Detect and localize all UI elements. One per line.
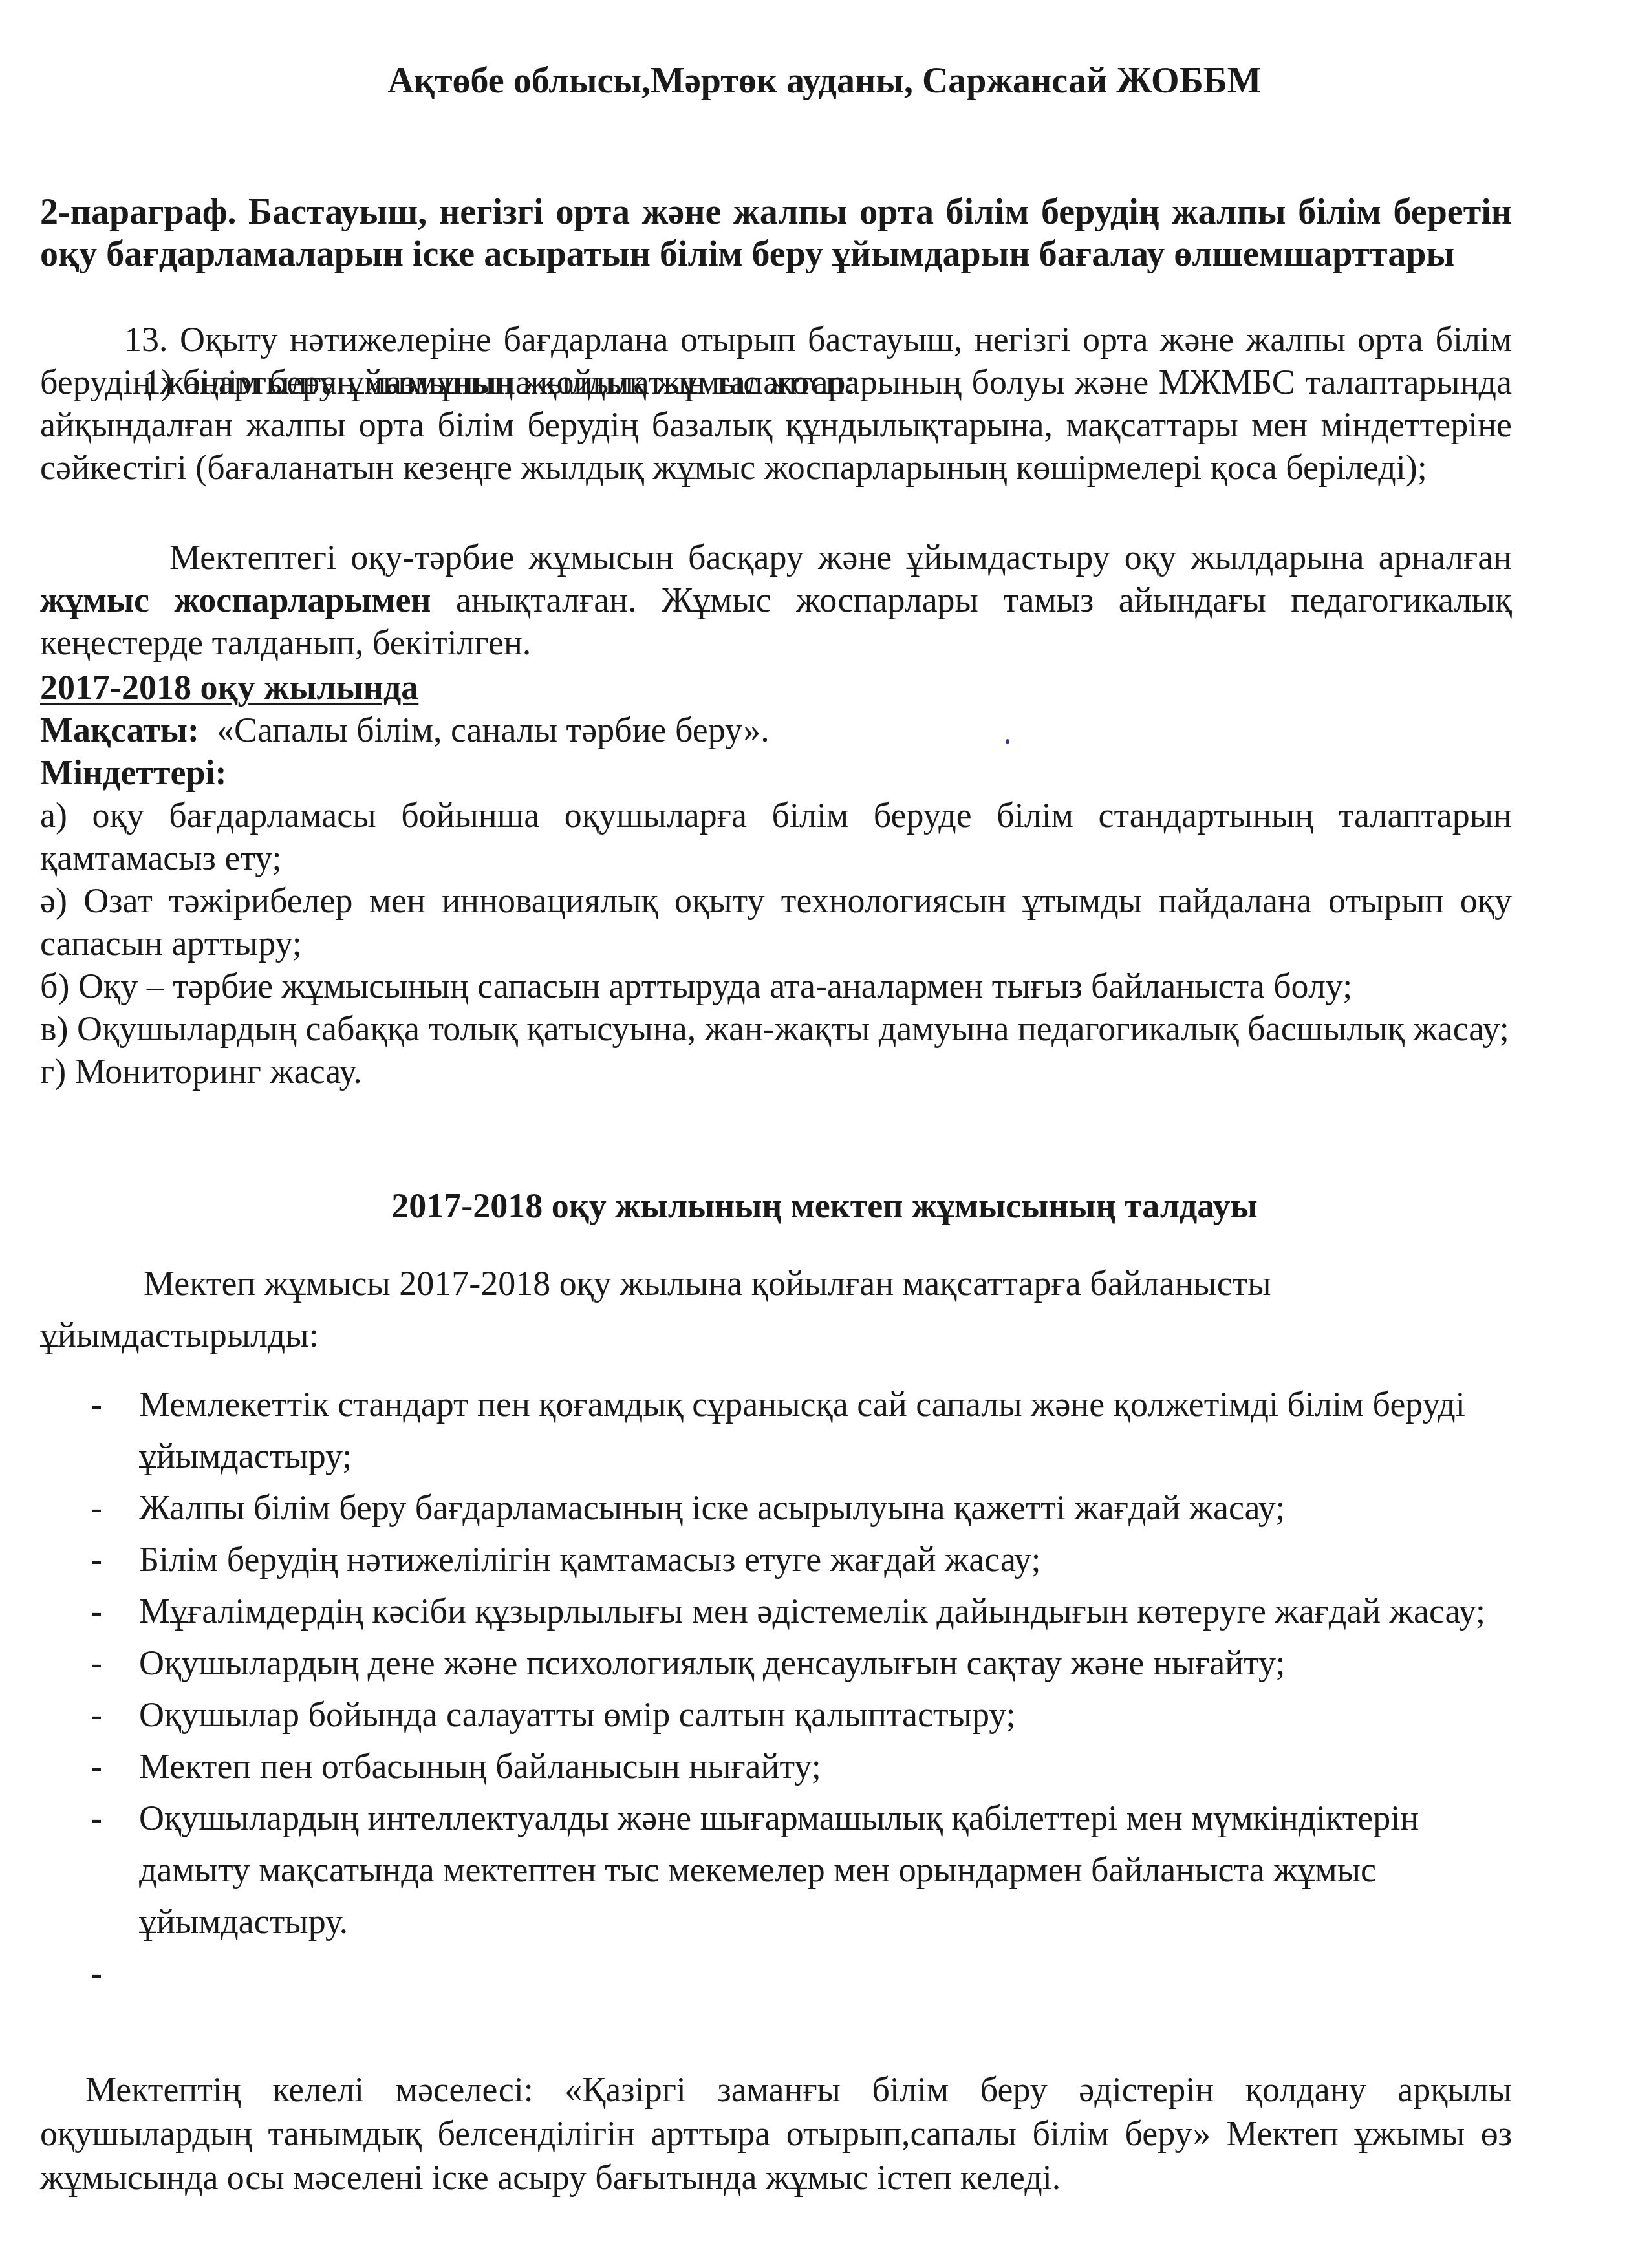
list-item-text: Мемлекеттік стандарт пен қоғамдық сұраны… <box>139 1385 1465 1475</box>
dash-bullet-icon: - <box>91 1637 102 1689</box>
key-problem-paragraph: Мектептің келелі мәселесі: «Қазіргі зама… <box>40 2068 1512 2199</box>
analysis-bullet-list: -Мемлекеттік стандарт пен қоғамдық сұран… <box>40 1378 1512 1999</box>
dash-bullet-icon: - <box>91 1378 102 1430</box>
task-item: ә) Озат тәжірибелер мен инновациялық оқы… <box>40 879 1512 965</box>
dash-bullet-icon: - <box>91 1947 102 1999</box>
tasks-list: а) оқу бағдарламасы бойынша оқушыларға б… <box>40 794 1512 1093</box>
goal-label: Мақсаты: <box>40 711 199 749</box>
list-item-text: Оқушылардың интеллектуалды және шығармаш… <box>139 1799 1419 1941</box>
list-item-text: Оқушылар бойында салауатты өмір салтын қ… <box>139 1695 1016 1734</box>
goal-line: Мақсаты: «Сапалы білім, саналы тәрбие бе… <box>40 709 1512 751</box>
list-item-text: Жалпы білім беру бағдарламасының іске ас… <box>139 1488 1285 1527</box>
goal-text: «Сапалы білім, саналы тәрбие беру». <box>199 711 770 749</box>
plans-before: Мектептегі оқу-тәрбие жұмысын басқару жә… <box>169 538 1512 577</box>
key-problem-text: Мектептің келелі мәселесі: «Қазіргі зама… <box>40 2068 1512 2199</box>
list-item-text: Мектеп пен отбасының байланысын нығайту; <box>139 1747 821 1786</box>
document-title: Ақтөбе облысы,Мәртөк ауданы, Саржансай Ж… <box>0 59 1649 102</box>
dash-bullet-icon: - <box>91 1534 102 1585</box>
dash-bullet-icon: - <box>91 1689 102 1740</box>
list-item-text: Оқушылардың дене және психологиялық денс… <box>139 1643 1285 1682</box>
plans-paragraph-text: Мектептегі оқу-тәрбие жұмысын басқару жә… <box>40 536 1512 664</box>
list-item: -Оқушылар бойында салауатты өмір салтын … <box>40 1689 1512 1740</box>
analysis-heading: 2017-2018 оқу жылының мектеп жұмысының т… <box>0 1184 1649 1227</box>
year-section: 2017-2018 оқу жылында Мақсаты: «Сапалы б… <box>40 666 1512 1093</box>
task-item: в) Оқушылардың сабаққа толық қатысуына, … <box>40 1007 1512 1050</box>
task-item: б) Оқу – тәрбие жұмысының сапасын арттыр… <box>40 965 1512 1007</box>
year-heading: 2017-2018 оқу жылында <box>40 668 418 707</box>
analysis-intro-text: Мектеп жұмысы 2017-2018 оқу жылына қойыл… <box>40 1257 1512 1361</box>
list-item-text: Мұғалімдердің кәсіби құзырлылығы мен әді… <box>139 1592 1485 1631</box>
item-1: 1) білім беру ұйымының жылдық жұмыс жосп… <box>40 361 1512 489</box>
list-item: -Мұғалімдердің кәсіби құзырлылығы мен әд… <box>40 1585 1512 1637</box>
plans-paragraph: Мектептегі оқу-тәрбие жұмысын басқару жә… <box>40 536 1512 664</box>
list-item: -Мектеп пен отбасының байланысын нығайту… <box>40 1740 1512 1792</box>
list-item: -Мемлекеттік стандарт пен қоғамдық сұран… <box>40 1378 1512 1482</box>
paragraph-heading: 2-параграф. Бастауыш, негізгі орта және … <box>40 191 1512 275</box>
task-item: г) Мониторинг жасау. <box>40 1050 1512 1093</box>
dash-bullet-icon: - <box>91 1482 102 1534</box>
tasks-label: Міндеттері: <box>40 751 1512 794</box>
scan-speck <box>1006 739 1009 744</box>
plans-bold: жұмыс жоспарларымен <box>40 581 431 619</box>
dash-bullet-icon: - <box>91 1740 102 1792</box>
list-item: -Оқушылардың интеллектуалды және шығарма… <box>40 1792 1512 1947</box>
task-item: а) оқу бағдарламасы бойынша оқушыларға б… <box>40 794 1512 879</box>
item-1-text: 1) білім беру ұйымының жылдық жұмыс жосп… <box>40 361 1512 489</box>
list-item-text: Білім берудің нәтижелілігін қамтамасыз е… <box>139 1540 1040 1579</box>
list-item: -Жалпы білім беру бағдарламасының іске а… <box>40 1482 1512 1534</box>
dash-bullet-icon: - <box>91 1585 102 1637</box>
analysis-intro: Мектеп жұмысы 2017-2018 оқу жылына қойыл… <box>40 1257 1512 1361</box>
list-item: -Оқушылардың дене және психологиялық ден… <box>40 1637 1512 1689</box>
dash-bullet-icon: - <box>91 1792 102 1844</box>
list-item-empty: - <box>40 1947 1512 1999</box>
list-item: -Білім берудің нәтижелілігін қамтамасыз … <box>40 1534 1512 1585</box>
